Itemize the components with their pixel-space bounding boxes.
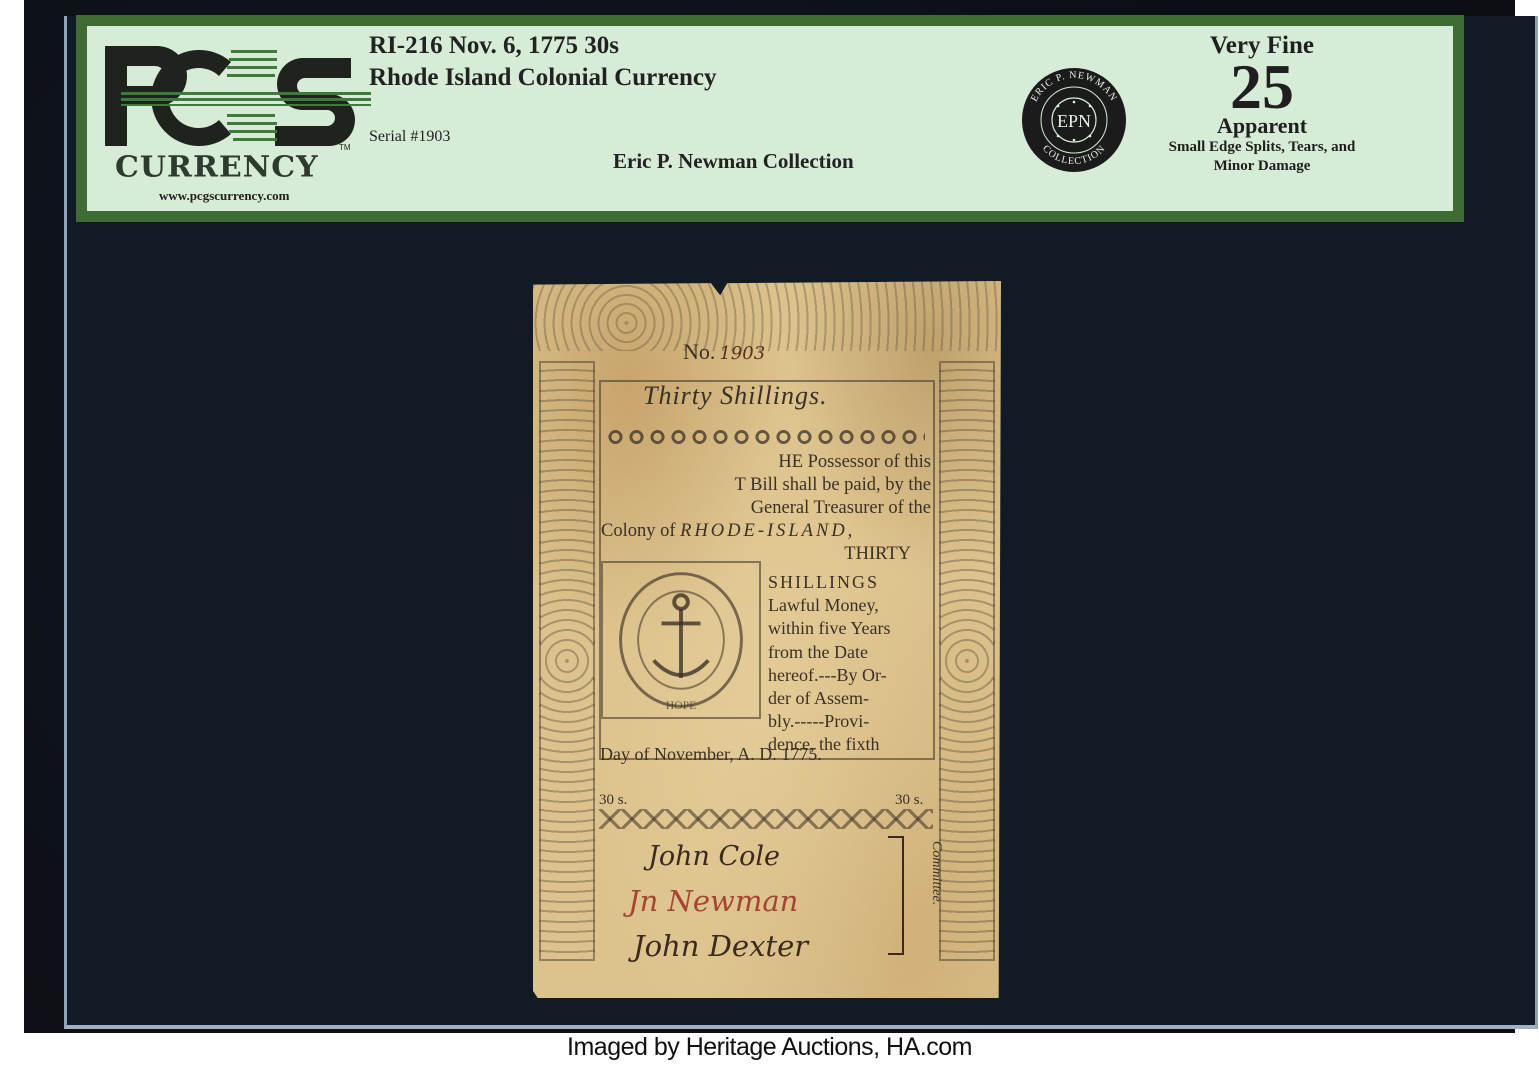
issue-date: Day of November, A. D. 1775. — [600, 744, 822, 765]
body-line: SHILLINGS — [768, 571, 930, 594]
grade-number: 25 — [1137, 60, 1387, 114]
signature: John Dexter — [633, 929, 808, 963]
grade-notes-line2: Minor Damage — [1137, 157, 1387, 176]
note-number: No.1903 — [683, 339, 765, 365]
note-number-prefix: No. — [683, 339, 715, 364]
note-body-text: HE Possessor of this T Bill shall be pai… — [601, 451, 931, 566]
body-line: T Bill shall be paid, by the — [601, 474, 931, 497]
epn-seal-icon: EPN ERIC P. NEWMAN COLLECTION — [1020, 66, 1128, 174]
serial-number: Serial #1903 — [369, 128, 450, 146]
body-line: within five Years — [768, 617, 930, 640]
signature-bracket — [888, 836, 904, 955]
signature: John Cole — [648, 841, 780, 872]
anchor-icon: HOPE — [603, 563, 759, 717]
body-line: Colony of RHODE-ISLAND, — [601, 520, 931, 543]
image-credit-caption: Imaged by Heritage Auctions, HA.com — [0, 1033, 1539, 1062]
grading-label-panel: TM CURRENCY www.pcgscurrency.com RI-216 … — [87, 26, 1453, 211]
left-ornament-border — [539, 361, 595, 961]
svg-text:HOPE: HOPE — [666, 699, 697, 712]
lattice-ornament-row — [599, 809, 933, 829]
banknote: No.1903 Thirty Shillings. HE Possessor o… — [533, 281, 1001, 998]
body-line: der of Assem- — [768, 687, 930, 710]
currency-wordmark: CURRENCY — [115, 151, 318, 184]
photograph-backdrop: TM CURRENCY www.pcgscurrency.com RI-216 … — [24, 0, 1515, 1033]
top-ornament — [533, 281, 1001, 351]
note-denomination: Thirty Shillings. — [643, 381, 828, 411]
body-line: General Treasurer of the — [601, 497, 931, 520]
colony-name: RHODE-ISLAND, — [680, 521, 855, 541]
small-denomination-right: 30 s. — [895, 792, 923, 809]
body-line: bly.-----Provi- — [768, 710, 930, 733]
svg-text:TM: TM — [339, 143, 351, 152]
right-ornament-border — [939, 361, 995, 961]
ring-ornament-row — [605, 426, 925, 448]
signature: Jn Newman — [628, 884, 798, 918]
grade-notes-line1: Small Edge Splits, Tears, and — [1137, 138, 1387, 157]
committee-label: Committee. — [928, 841, 944, 905]
pcgs-logo-icon: TM — [101, 44, 373, 152]
pcgs-logo: TM CURRENCY www.pcgscurrency.com — [101, 40, 373, 200]
collection-name: Eric P. Newman Collection — [613, 149, 854, 174]
body-line: from the Date — [768, 641, 930, 664]
website-text: www.pcgscurrency.com — [159, 188, 289, 204]
catalog-title: RI-216 Nov. 6, 1775 30s — [369, 32, 619, 60]
body-line: Lawful Money, — [768, 594, 930, 617]
body-line: hereof.---By Or- — [768, 664, 930, 687]
body-line: HE Possessor of this — [601, 451, 931, 474]
anchor-seal: HOPE — [601, 561, 761, 719]
grade-qualifier: Apparent — [1137, 114, 1387, 138]
note-number-handwritten: 1903 — [719, 343, 765, 364]
catalog-subtitle: Rhode Island Colonial Currency — [369, 64, 717, 92]
grading-label: TM CURRENCY www.pcgscurrency.com RI-216 … — [76, 15, 1464, 222]
note-right-text: SHILLINGS Lawful Money, within five Year… — [768, 571, 930, 757]
grade-block: Very Fine 25 Apparent Small Edge Splits,… — [1137, 32, 1387, 176]
svg-text:EPN: EPN — [1057, 111, 1091, 131]
small-denomination-left: 30 s. — [599, 792, 627, 809]
